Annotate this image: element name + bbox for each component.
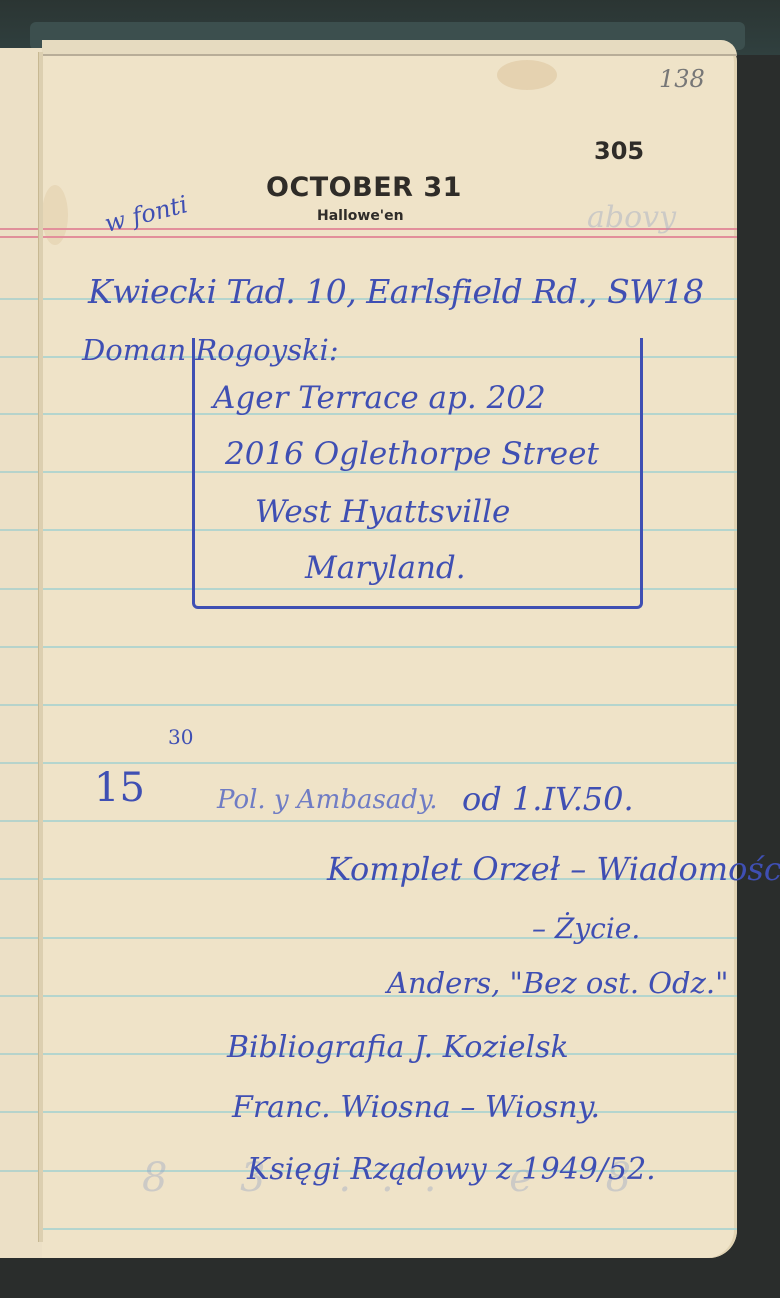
paper-stain bbox=[497, 60, 557, 90]
bleed-through-text: abovy bbox=[587, 200, 676, 235]
page-gutter bbox=[38, 52, 43, 1242]
ruled-line bbox=[42, 704, 737, 706]
ruled-line bbox=[42, 820, 737, 822]
day-of-year: 305 bbox=[594, 137, 644, 165]
date-heading: OCTOBER 31 bbox=[266, 172, 462, 203]
handwritten-line: – Życie. bbox=[532, 912, 640, 945]
handwritten-line: Kwiecki Tad. 10, Earlsfield Rd., SW18 bbox=[88, 272, 704, 311]
handwritten-line: Komplet Orzeł – Wiadomości – bbox=[327, 850, 780, 888]
address-line: Ager Terrace ap. 202 bbox=[213, 380, 546, 416]
handwritten-line: Pol. y Ambasady. bbox=[217, 785, 437, 815]
address-line: 2016 Oglethorpe Street bbox=[225, 436, 599, 472]
archive-page-number: 138 bbox=[659, 65, 705, 93]
margin-note: w fonti bbox=[102, 190, 191, 238]
address-line: Maryland. bbox=[305, 550, 466, 586]
handwritten-line: Anders, "Bez ost. Odz." bbox=[387, 966, 728, 1000]
handwritten-line: od 1.IV.50. bbox=[462, 780, 634, 818]
handwritten-line: Księgi Rządowy z 1949/52. bbox=[247, 1152, 656, 1187]
diary-page: 138 OCTOBER 31 Hallowe'en 305 abovy 8 3 … bbox=[42, 40, 737, 1258]
ruled-line bbox=[42, 1228, 737, 1230]
page-top-band bbox=[42, 40, 737, 56]
handwritten-line: Franc. Wiosna – Wiosny. bbox=[232, 1090, 600, 1125]
handwritten-line: Bibliografia J. Kozielsk bbox=[227, 1030, 569, 1065]
ruled-line bbox=[42, 762, 737, 764]
address-box: Ager Terrace ap. 202 2016 Oglethorpe Str… bbox=[192, 338, 643, 609]
holiday-label: Hallowe'en bbox=[317, 208, 404, 224]
address-line: West Hyattsville bbox=[255, 494, 510, 530]
red-header-rule bbox=[42, 236, 737, 238]
ruled-line bbox=[42, 646, 737, 648]
time-entry: 15 bbox=[94, 765, 145, 811]
time-superscript: 30 bbox=[168, 725, 193, 749]
